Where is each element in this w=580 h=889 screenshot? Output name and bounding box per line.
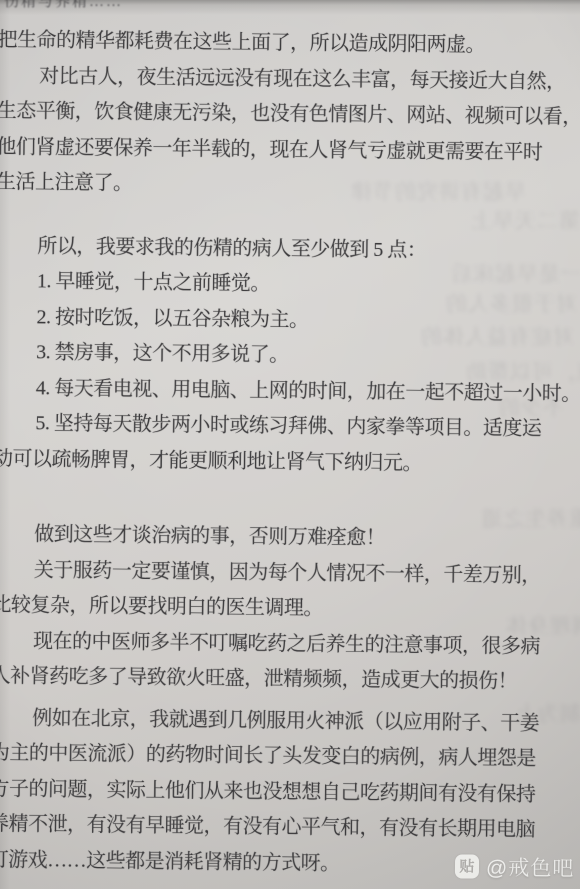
watermark: 贴 @戒色吧 [455,851,575,882]
page-text: 把生命的精华都耗费在这些上面了，所以造成阴阳两虚。对比古人，夜生活远远没有现在这… [0,0,580,885]
book-page-photo: 早起有讲究的节律第二天早上一是早起床后对于很多人的医师，对症有益人体的一点，可以… [0,0,580,889]
text-line: 生活上注意了。 [0,165,580,208]
text-line: 人补肾药吃多了导致欲火旺盛，泄精频频，造成更大的损伤！ [0,659,580,702]
list-five-points: 1. 早睡觉，十点之前睡觉。2. 按时吃饭，以五谷杂粮为主。3. 禁房事，这个不… [0,264,580,484]
text-line: 动可以疏畅脾胃，才能更顺利地让肾气下纳归元。 [0,441,580,484]
para-medication-caution: 关于服药一定要谨慎，因为每个人情况不一样，千差万别，比较复杂，所以要找明白的医生… [0,552,580,630]
tieba-logo-icon: 贴 [455,854,479,878]
para-doctors-neglect: 现在的中医师多半不叮嘱吃药之后养生的注意事项，很多病人补肾药吃多了导致欲火旺盛，… [0,623,580,701]
para-contrast-ancients: 对比古人，夜生活远远没有现在这么丰富，每天接近大自然，生态平衡，饮食健康无污染，… [0,58,580,207]
watermark-handle: @戒色吧 [486,852,575,883]
